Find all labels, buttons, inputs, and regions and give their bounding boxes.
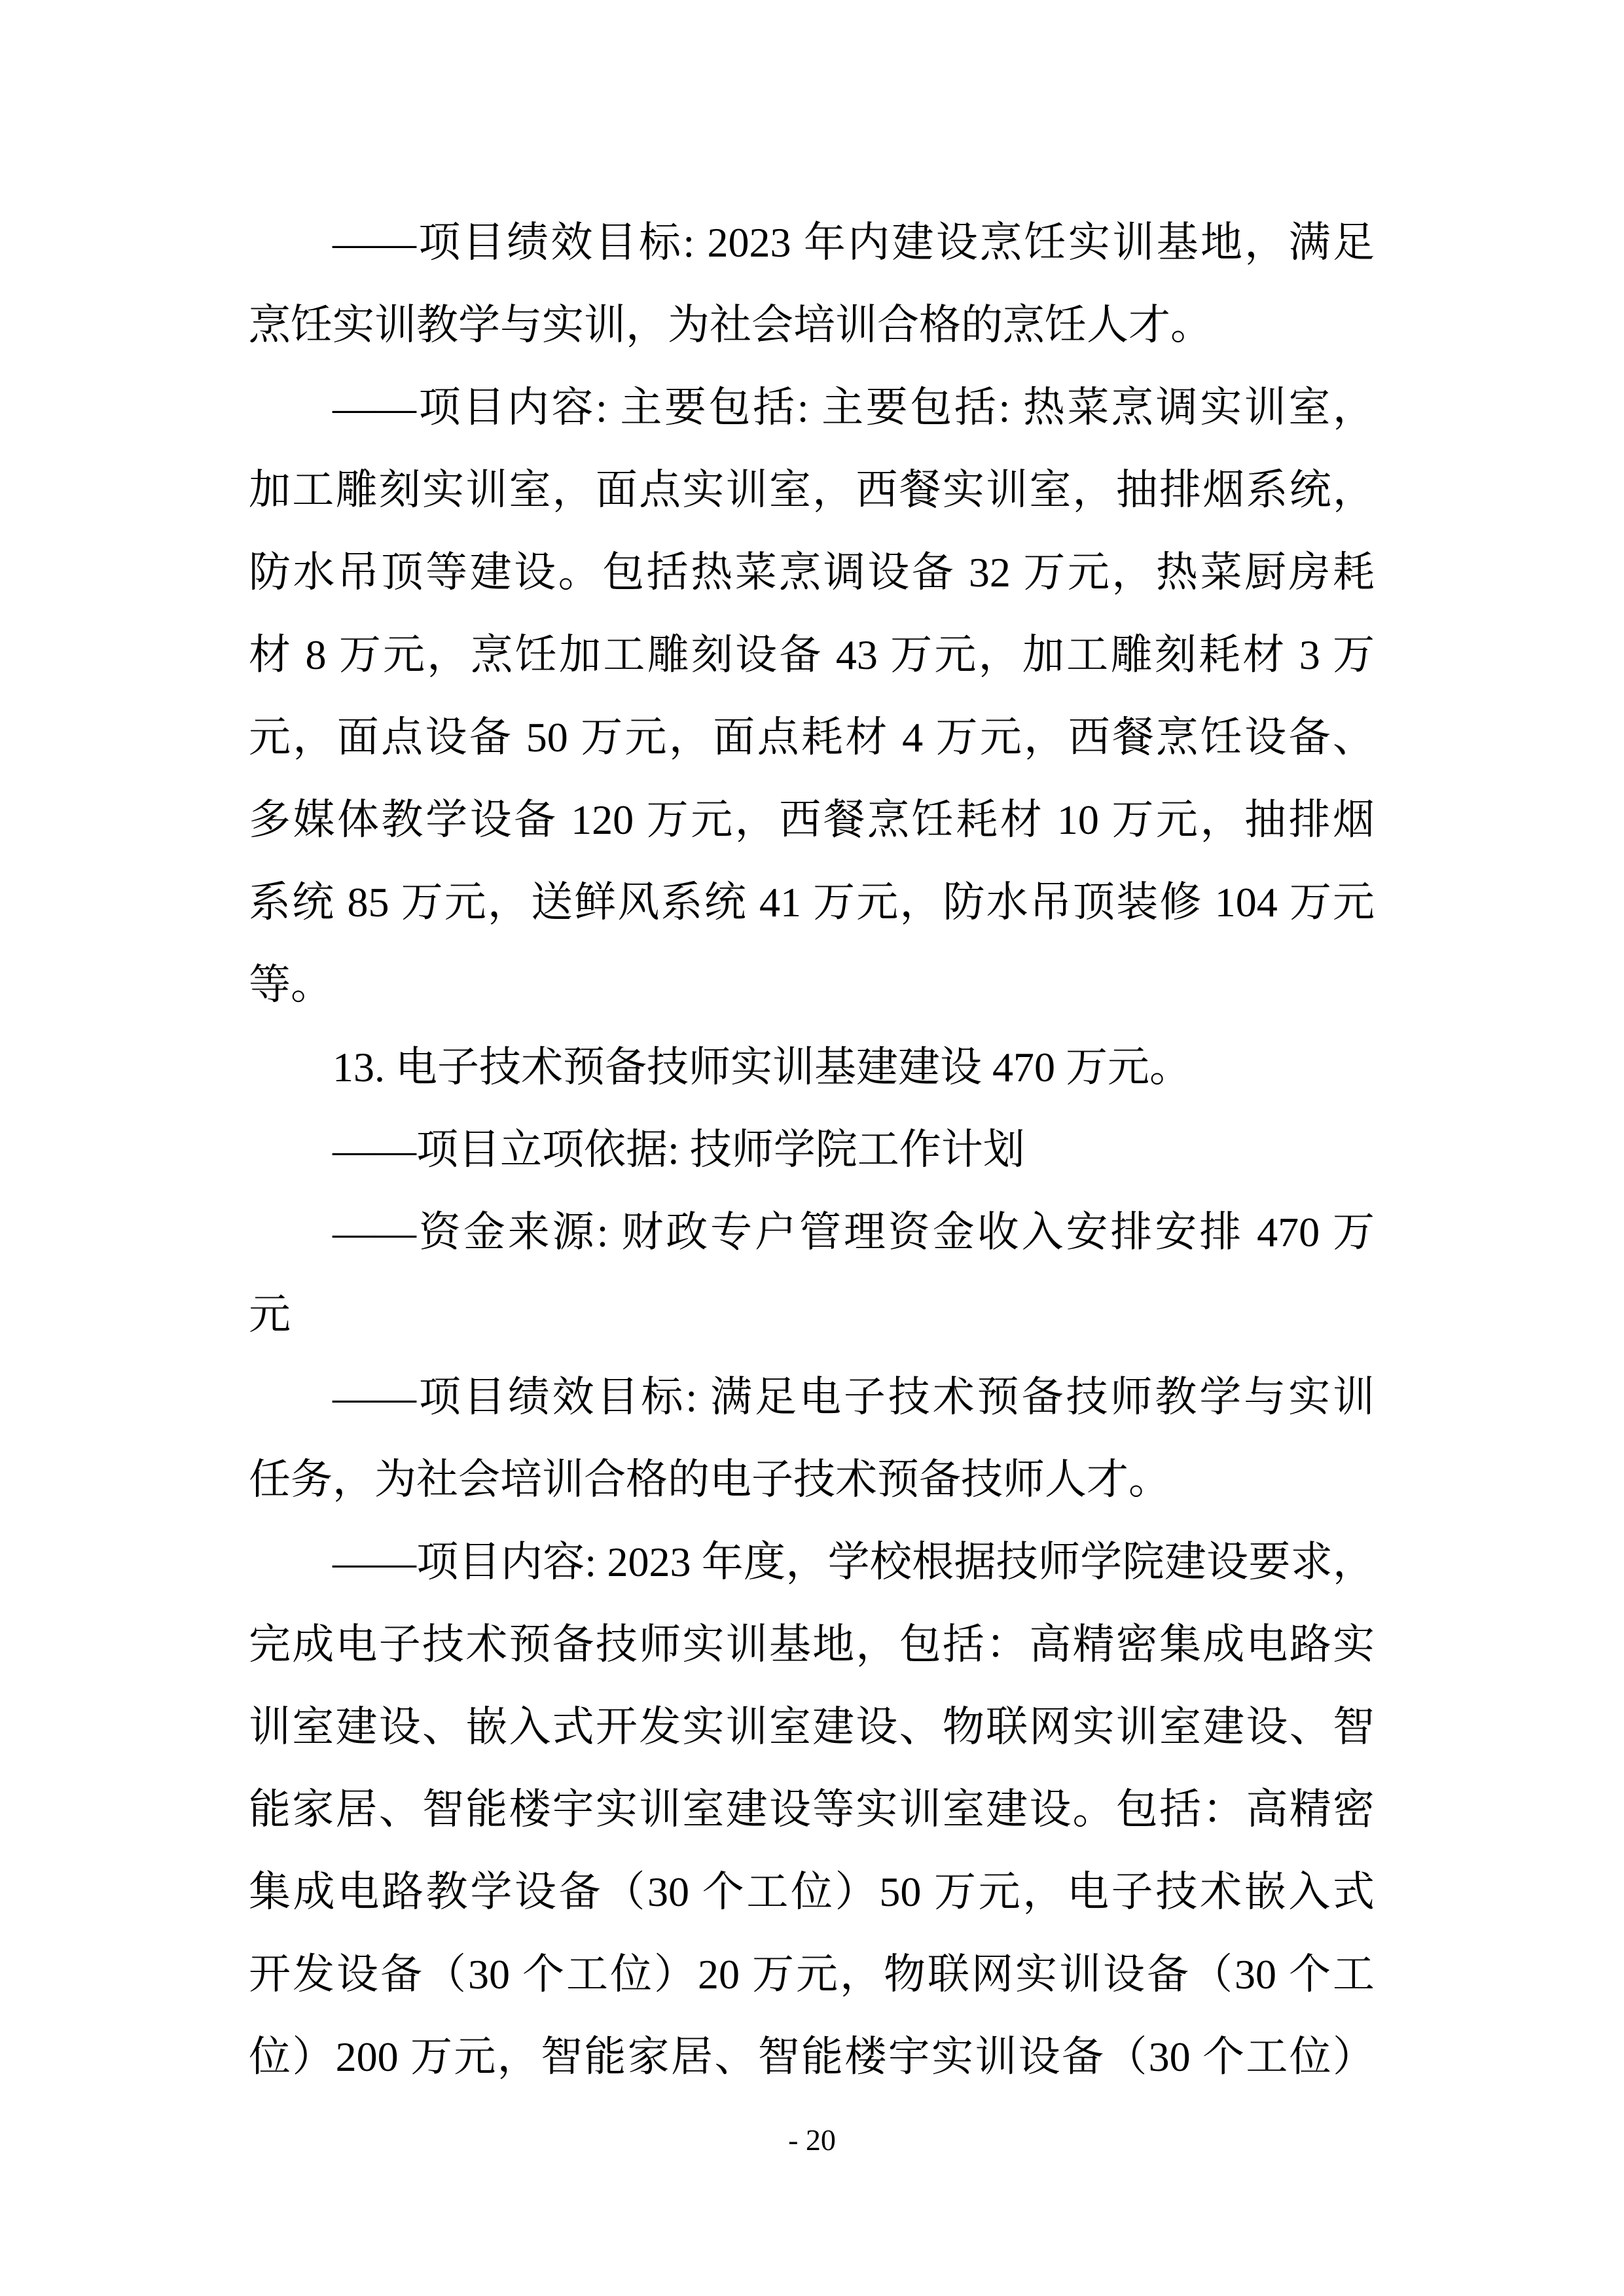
text-line: 元 <box>249 1274 1375 1356</box>
body-text: ——项目绩效目标: 2023 年内建设烹饪实训基地，满足烹饪实训教学与实训，为社… <box>249 202 1375 2098</box>
text-line: 集成电路教学设备（30 个工位）50 万元，电子技术嵌入式 <box>249 1851 1375 1933</box>
text-line: 系统 85 万元，送鲜风系统 41 万元，防水吊顶装修 104 万元 <box>249 861 1375 944</box>
text-line: 多媒体教学设备 120 万元，西餐烹饪耗材 10 万元，抽排烟 <box>249 779 1375 861</box>
text-line: 能家居、智能楼宇实训室建设等实训室建设。包括：高精密 <box>249 1768 1375 1851</box>
text-line: 烹饪实训教学与实训，为社会培训合格的烹饪人才。 <box>249 284 1375 367</box>
page-number: - 20 <box>0 2121 1624 2160</box>
text-line: ——项目绩效目标: 2023 年内建设烹饪实训基地，满足 <box>249 202 1375 284</box>
text-line: ——资金来源: 财政专户管理资金收入安排安排 470 万 <box>249 1191 1375 1274</box>
text-line: ——项目绩效目标: 满足电子技术预备技师教学与实训 <box>249 1356 1375 1439</box>
text-line: ——项目内容: 2023 年度，学校根据技师学院建设要求， <box>249 1521 1375 1604</box>
text-line: 任务，为社会培训合格的电子技术预备技师人才。 <box>249 1439 1375 1521</box>
text-line: 等。 <box>249 944 1375 1026</box>
text-line: 元，面点设备 50 万元，面点耗材 4 万元，西餐烹饪设备、 <box>249 696 1375 779</box>
text-line: 位）200 万元，智能家居、智能楼宇实训设备（30 个工位） <box>249 2016 1375 2098</box>
text-line: 13. 电子技术预备技师实训基建建设 470 万元。 <box>249 1026 1375 1109</box>
text-line: ——项目内容: 主要包括: 主要包括: 热菜烹调实训室， <box>249 367 1375 449</box>
text-line: 完成电子技术预备技师实训基地，包括：高精密集成电路实 <box>249 1604 1375 1686</box>
document-page: ——项目绩效目标: 2023 年内建设烹饪实训基地，满足烹饪实训教学与实训，为社… <box>0 0 1624 2296</box>
text-line: 防水吊顶等建设。包括热菜烹调设备 32 万元，热菜厨房耗 <box>249 531 1375 614</box>
text-line: 加工雕刻实训室，面点实训室，西餐实训室，抽排烟系统， <box>249 449 1375 531</box>
text-line: 开发设备（30 个工位）20 万元，物联网实训设备（30 个工 <box>249 1933 1375 2016</box>
text-line: 训室建设、嵌入式开发实训室建设、物联网实训室建设、智 <box>249 1686 1375 1768</box>
text-line: 材 8 万元，烹饪加工雕刻设备 43 万元，加工雕刻耗材 3 万 <box>249 614 1375 696</box>
text-line: ——项目立项依据: 技师学院工作计划 <box>249 1109 1375 1191</box>
